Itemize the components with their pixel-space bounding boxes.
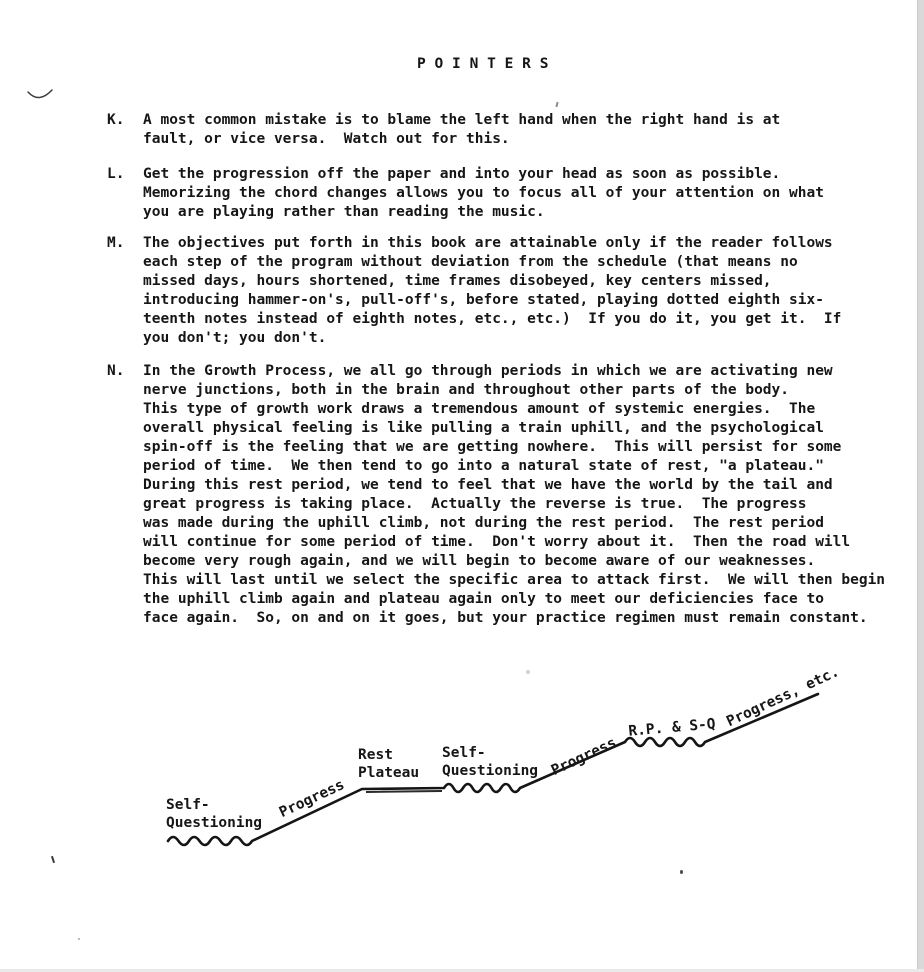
diagram-label-self-questioning-1: Self- Questioning [166,796,262,832]
pointer-text-k: A most common mistake is to blame the le… [143,111,923,149]
scan-artifact-tick [555,102,558,107]
scan-artifact-dot-1 [78,938,80,940]
pointer-item-l: L. Get the progression off the paper and… [107,165,923,222]
plateau-double-line [366,791,442,792]
page-title: POINTERS [417,56,557,72]
diagram-label-self-questioning-2: Self- Questioning [442,744,538,780]
pointer-label-k: K. [107,111,143,130]
scan-artifact-dot-3 [526,670,530,674]
pointer-label-l: L. [107,165,143,184]
scan-artifact-apostrophe [51,856,55,863]
scan-artifact-dot-2 [680,870,683,874]
pointer-item-k: K. A most common mistake is to blame the… [107,111,923,149]
diagram-label-rest-plateau: Rest Plateau [358,746,419,782]
pointer-item-n: N. In the Growth Process, we all go thro… [107,362,923,628]
pointer-text-m: The objectives put forth in this book ar… [143,234,923,348]
pointer-label-m: M. [107,234,143,253]
pointer-label-n: N. [107,362,143,381]
pointer-text-n: In the Growth Process, we all go through… [143,362,923,628]
pointer-text-l: Get the progression off the paper and in… [143,165,923,222]
scanned-document-page: POINTERS K. A most common mistake is to … [0,0,924,972]
pointer-item-m: M. The objectives put forth in this book… [107,234,923,348]
page-edge-right [917,0,924,972]
scan-artifact-curve-mark [26,88,56,104]
